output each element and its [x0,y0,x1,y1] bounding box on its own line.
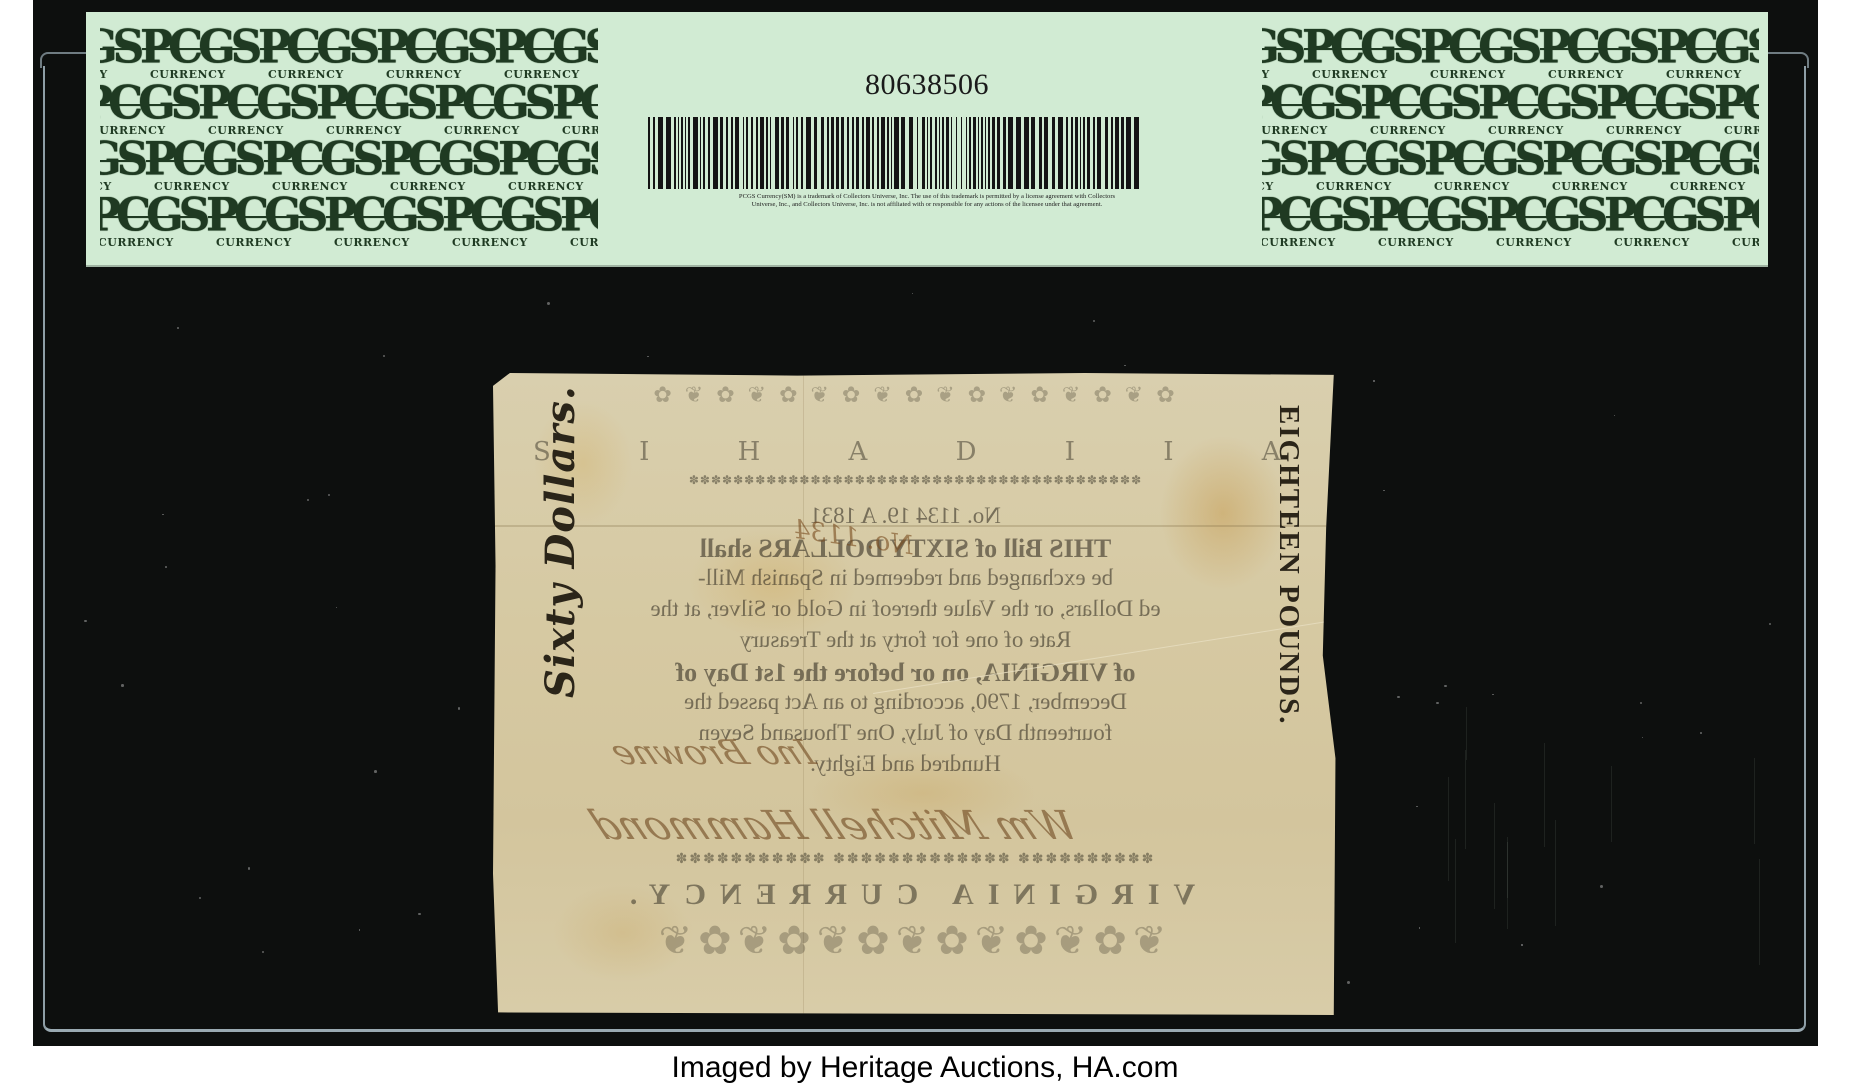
showthrough-line: December, 1790, according to an Act pass… [573,689,1238,715]
barcode [648,117,1144,189]
showthrough-line: of VIRGINIA, on or before the 1st Day of [573,658,1238,688]
showthrough-line: be exchanged and redeemed in Spanish Mil… [573,565,1238,591]
pcgs-logo-icon: PCGSCURRENCY [1486,196,1604,254]
bottom-border-ornament: ❦✿❦✿❦✿❦✿❦✿❦✿❦ [533,918,1298,964]
pcgs-pattern-right: PCGSCURRENCYPCGSCURRENCYPCGSCURRENCYPCGS… [1262,12,1759,265]
legal-text: PCGS Currency(SM) is a trademark of Coll… [538,193,1316,209]
legal-line-1: PCGS Currency(SM) is a trademark of Coll… [538,193,1316,201]
signature-2: Wm Mitchell Hammond [582,803,1085,849]
top-rule-ornament: ✽✽✽✽✽✽✽✽✽✽✽✽✽✽✽✽✽✽✽✽✽✽✽✽✽✽✽✽✽✽✽✽✽✽✽✽✽✽✽✽… [533,473,1298,487]
showthrough-line: No. 1134 19. A 1831 [573,503,1238,529]
pcgs-label: PCGSCURRENCYPCGSCURRENCYPCGSCURRENCYPCGS… [86,12,1768,265]
signature-1: Ino Browne [604,733,822,773]
legal-line-2: Universe, Inc., and Collectors Universe,… [538,201,1316,209]
bottom-showthrough: VIRGINIA CURRENCY. [573,878,1238,912]
pcgs-logo-icon: PCGSCURRENCY [1262,196,1368,254]
banknote: ✿ ❦ ✿ ❦ ✿ ❦ ✿ ❦ ✿ ❦ ✿ ❦ ✿ ❦ ✿ ❦ ✿ S I H … [493,373,1338,1015]
top-border-ornament: ✿ ❦ ✿ ❦ ✿ ❦ ✿ ❦ ✿ ❦ ✿ ❦ ✿ ❦ ✿ ❦ ✿ [533,383,1298,408]
pcgs-logo-icon: PCGSCURRENCY [324,196,442,254]
top-heading-showthrough: S I H A D I I A [533,437,1298,467]
pcgs-logo-icon: PCGSCURRENCY [206,196,324,254]
pcgs-logo-icon: PCGSCURRENCY [1368,196,1486,254]
pcgs-logo-icon: PCGSCURRENCY [1722,196,1759,254]
pcgs-logo-icon: PCGSCURRENCY [1604,196,1722,254]
image-credit-caption: Imaged by Heritage Auctions, HA.com [0,1051,1850,1085]
showthrough-line: ed Dollars, or the Value thereof in Gold… [573,596,1238,622]
bottom-rule-ornament: ✽✽✽✽✽✽✽✽✽✽✽ ✽✽✽✽✽✽✽✽✽✽✽✽✽ ✽✽✽✽✽✽✽✽✽✽ [533,851,1298,867]
pcgs-pattern-left: PCGSCURRENCYPCGSCURRENCYPCGSCURRENCYPCGS… [100,12,598,265]
side-text-eighteen-pounds: EIGHTEEN POUNDS. [1272,405,1305,855]
showthrough-line: Rate of one for forty at the Treasury [573,627,1238,653]
pcgs-logo-icon: PCGSCURRENCY [100,196,206,254]
side-text-sixty-dollars: Sixty Dollars. [537,373,584,698]
